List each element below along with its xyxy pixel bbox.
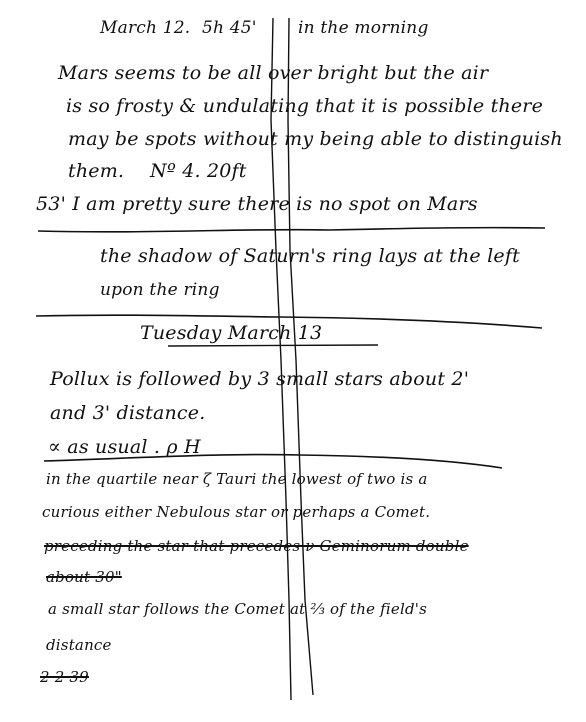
entry-time: 5h 45' <box>202 18 257 38</box>
entry-heading: Tuesday March 13 <box>140 322 322 344</box>
manuscript-page: March 12. 5h 45' in the morning Mars see… <box>0 0 586 722</box>
struck-text-line: preceding the star that precedes ν Gemin… <box>44 537 469 555</box>
entry-text-line: the shadow of Saturn's ring lays at the … <box>100 245 520 267</box>
entry-text-line: is so frosty & undulating that it is pos… <box>66 95 543 117</box>
struck-text-line: about 30" <box>46 568 122 586</box>
entry-text-line: a small star follows the Comet at ⅔ of t… <box>48 600 427 618</box>
entry-text-line: them. <box>68 160 124 182</box>
entry-text-line: Mars seems to be all over bright but the… <box>58 62 488 84</box>
entry-text-line: ∝ as usual . ρ H <box>48 436 201 458</box>
entry-text-line: distance <box>46 636 112 654</box>
entry-time-note: in the morning <box>298 18 429 38</box>
entry-text-line: and 3' distance. <box>50 402 205 424</box>
entry-text-line: in the quartile near ζ Tauri the lowest … <box>46 470 428 488</box>
entry-date: March 12. <box>100 18 190 38</box>
entry-text-line: upon the ring <box>100 280 220 300</box>
entry-followup: 53' I am pretty sure there is no spot on… <box>36 193 478 215</box>
instrument-note: Nº 4. 20ft <box>150 160 247 182</box>
entry-text-line: may be spots without my being able to di… <box>68 128 563 150</box>
struck-footer: 2 2 39 <box>40 668 89 686</box>
entry-text-line: Pollux is followed by 3 small stars abou… <box>50 368 469 390</box>
entry-text-line: curious either Nebulous star or perhaps … <box>42 503 430 521</box>
